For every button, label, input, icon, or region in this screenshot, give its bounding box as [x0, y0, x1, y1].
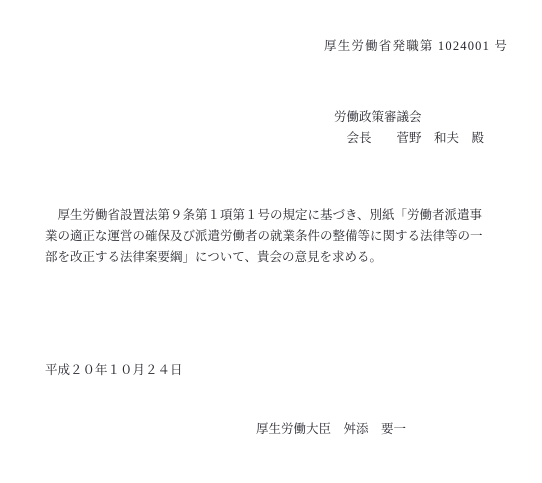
letter-body-line-2: 業の適正な運営の確保及び派遣労働者の就業条件の整備等に関する法律等の一 — [45, 226, 505, 247]
letter-date: 平成２０年１０月２４日 — [45, 362, 183, 378]
recipient-organization: 労働政策審議会 — [334, 109, 422, 125]
letter-body: 厚生労働省設置法第９条第１項第１号の規定に基づき、別紙「労働者派遣事 業の適正な… — [45, 205, 505, 268]
official-letter-page: 厚生労働省発職第 1024001 号 労働政策審議会 会長 菅野 和夫 殿 厚生… — [0, 0, 542, 483]
recipient-addressee: 会長 菅野 和夫 殿 — [334, 130, 484, 146]
sender-signature: 厚生労働大臣 舛添 要一 — [256, 421, 406, 437]
letter-body-line-1: 厚生労働省設置法第９条第１項第１号の規定に基づき、別紙「労働者派遣事 — [45, 205, 505, 226]
letter-body-line-3: 部を改正する法律案要綱」について、貴会の意見を求める。 — [45, 247, 505, 268]
document-number: 厚生労働省発職第 1024001 号 — [324, 38, 508, 54]
